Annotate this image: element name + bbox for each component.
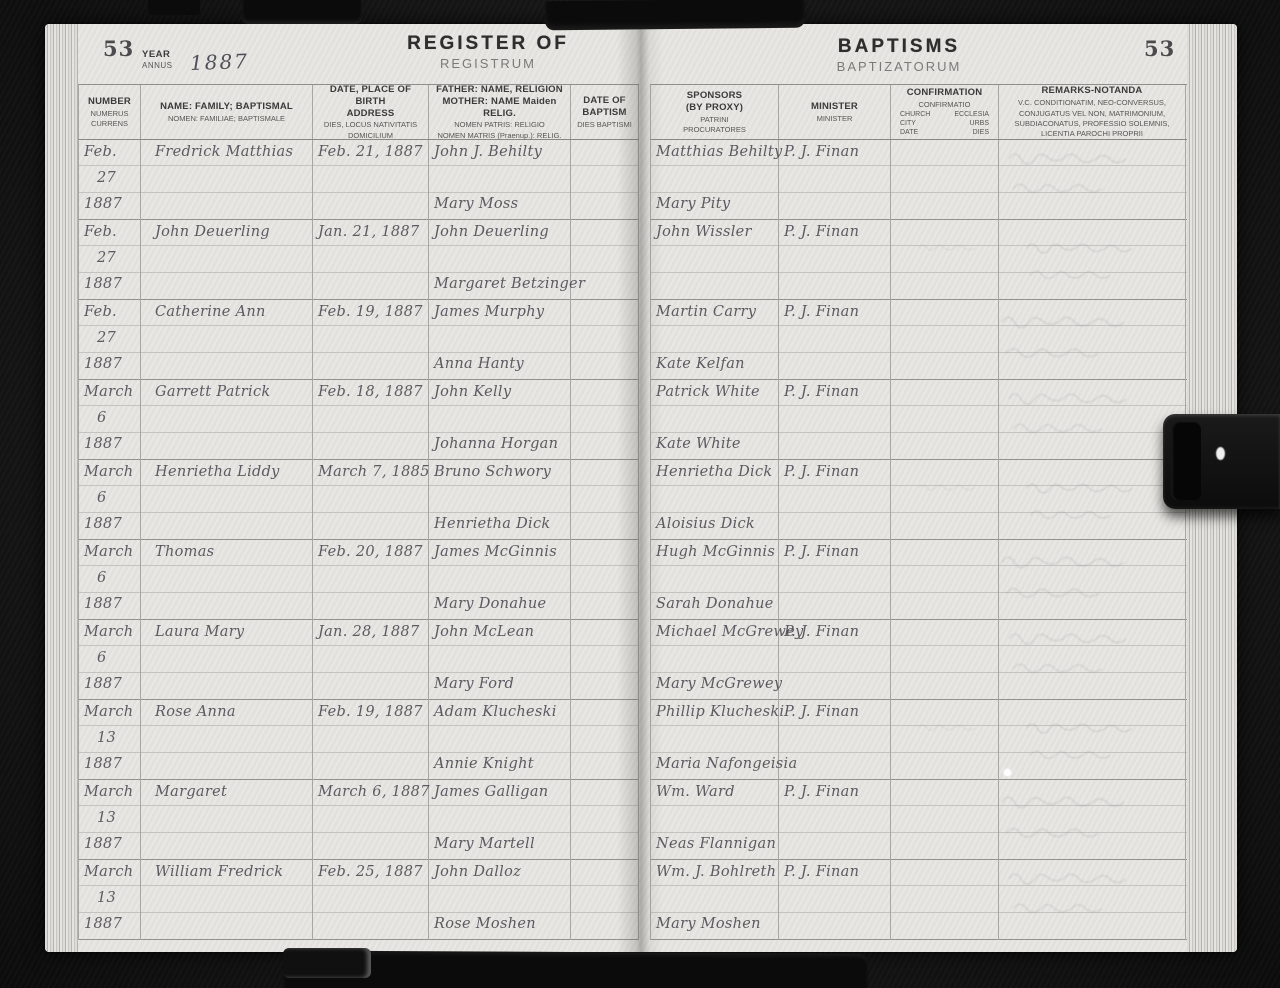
birth-date: Feb. 19, 1887 xyxy=(318,304,423,320)
baptism-date-blank-cell xyxy=(571,460,639,540)
column-header-confirmation: CONFIRMATION CONFIRMATIO CHURCHECCLESIA … xyxy=(891,85,999,139)
child-name-cell: Laura Mary xyxy=(141,620,313,700)
baptism-date-cell: Feb. 27 1887 xyxy=(79,220,141,300)
bleed-through-ghost-text xyxy=(916,235,994,261)
child-name-cell: Catherine Ann xyxy=(141,300,313,380)
sponsor-1: Wm. J. Bohlreth xyxy=(656,864,776,880)
paper-speck xyxy=(1004,769,1011,776)
sponsors-cell: Martin Carry Kate Kelfan xyxy=(651,300,779,380)
baptism-date-day: 6 xyxy=(97,410,107,426)
register-row-right: Wm. Ward Neas Flannigan P. J. Finan xyxy=(651,780,1187,860)
minister-name: P. J. Finan xyxy=(784,784,859,800)
remarks-cell xyxy=(999,220,1186,300)
remarks-cell xyxy=(999,540,1186,620)
minister-name: P. J. Finan xyxy=(784,864,859,880)
register-row-right: Martin Carry Kate Kelfan P. J. Finan xyxy=(651,300,1187,380)
minister-name: P. J. Finan xyxy=(784,224,859,240)
child-name-cell: Henrietha Liddy xyxy=(141,460,313,540)
baptism-date-blank-cell xyxy=(571,620,639,700)
mother-name: Annie Knight xyxy=(434,756,534,772)
sponsor-2: Sarah Donahue xyxy=(656,596,774,612)
bleed-through-ghost-text xyxy=(916,715,994,741)
minister-cell: P. J. Finan xyxy=(779,300,891,380)
baptism-date-blank-cell xyxy=(571,780,639,860)
child-name-cell: Thomas xyxy=(141,540,313,620)
parents-cell: John Deuerling Margaret Betzinger xyxy=(429,220,571,300)
bleed-through-ghost-text xyxy=(1005,865,1165,923)
father-name: James Galligan xyxy=(434,784,548,800)
child-name-cell: William Fredrick xyxy=(141,860,313,940)
register-row-right: Matthias Behilty Mary Pity P. J. Finan xyxy=(651,140,1187,220)
bleed-through-ghost-text xyxy=(1023,476,1167,528)
minister-name: P. J. Finan xyxy=(784,304,859,320)
register-rows-left: Feb. 27 1887 Fredrick Matthias Feb. 21, … xyxy=(78,140,639,940)
left-column-headers: NUMBER NUMERUS CURRENS NAME: FAMILY; BAP… xyxy=(78,84,639,140)
father-name: John J. Behilty xyxy=(434,144,542,160)
baptism-date-day: 13 xyxy=(97,890,116,906)
child-name: Rose Anna xyxy=(155,704,236,720)
minister-name: P. J. Finan xyxy=(784,704,859,720)
register-row-right: John Wissler P. J. Finan xyxy=(651,220,1187,300)
left-page-header: 53 YEAR ANNUS 1887 REGISTER OF REGISTRUM xyxy=(78,24,639,84)
bleed-through-ghost-text xyxy=(1005,625,1165,683)
register-row-right: Hugh McGinnis Sarah Donahue P. J. Finan xyxy=(651,540,1187,620)
register-row-left: March 6 1887 Thomas Feb. 20, 1887 James … xyxy=(79,540,639,620)
register-row-left: March 6 1887 Henrietha Liddy March 7, 18… xyxy=(79,460,639,540)
sponsor-1: Wm. Ward xyxy=(656,784,735,800)
sponsor-2: Mary Moshen xyxy=(656,916,761,932)
child-name: Catherine Ann xyxy=(155,304,266,320)
birth-date: Feb. 20, 1887 xyxy=(318,544,423,560)
register-row-right: Phillip Klucheski Maria Nafongeisia P. J… xyxy=(651,700,1187,780)
mother-name: Mary Martell xyxy=(434,836,535,852)
column-header-name: NAME: FAMILY; BAPTISMAL NOMEN: FAMILIAE;… xyxy=(141,85,313,139)
mother-name: Margaret Betzinger xyxy=(434,276,585,292)
page-stack-edge-left xyxy=(45,24,78,952)
register-row-left: March 6 1887 Garrett Patrick Feb. 18, 18… xyxy=(79,380,639,460)
baptism-date-blank-cell xyxy=(571,380,639,460)
baptism-date-day: 13 xyxy=(97,730,116,746)
remarks-cell xyxy=(999,700,1186,780)
minister-cell: P. J. Finan xyxy=(779,860,891,940)
sponsor-1: Hugh McGinnis xyxy=(656,544,775,560)
baptism-date-cell: March 13 1887 xyxy=(79,700,141,780)
parents-cell: John Kelly Johanna Horgan xyxy=(429,380,571,460)
mother-name: Rose Moshen xyxy=(434,916,536,932)
mother-name: Mary Moss xyxy=(434,196,518,212)
minister-cell: P. J. Finan xyxy=(779,460,891,540)
column-header-minister: MINISTER MINISTER xyxy=(779,85,891,139)
parents-cell: James McGinnis Mary Donahue xyxy=(429,540,571,620)
baptism-date-month: March xyxy=(84,464,133,480)
register-row-right: Patrick White Kate White P. J. Finan xyxy=(651,380,1187,460)
child-name: John Deuerling xyxy=(155,224,270,240)
sponsors-cell: Wm. J. Bohlreth Mary Moshen xyxy=(651,860,779,940)
sponsors-cell: Matthias Behilty Mary Pity xyxy=(651,140,779,220)
remarks-cell xyxy=(999,860,1186,940)
father-name: James McGinnis xyxy=(434,544,557,560)
minister-cell: P. J. Finan xyxy=(779,780,891,860)
minister-cell: P. J. Finan xyxy=(779,380,891,460)
baptism-date-day: 27 xyxy=(97,250,116,266)
bleed-through-ghost-text xyxy=(916,475,994,501)
birth-date: Feb. 25, 1887 xyxy=(318,864,423,880)
baptism-date-cell: Feb. 27 1887 xyxy=(79,140,141,220)
mother-name: Mary Donahue xyxy=(434,596,546,612)
birth-date-cell: Jan. 21, 1887 xyxy=(313,220,429,300)
register-row-left: March 6 1887 Laura Mary Jan. 28, 1887 Jo… xyxy=(79,620,639,700)
child-name: Laura Mary xyxy=(155,624,244,640)
child-name-cell: Margaret xyxy=(141,780,313,860)
bleed-through-ghost-text xyxy=(998,788,1164,848)
baptism-date-month: March xyxy=(84,864,133,880)
register-row-left: March 13 1887 Margaret March 6, 1887 Jam… xyxy=(79,780,639,860)
sponsors-cell: Patrick White Kate White xyxy=(651,380,779,460)
sponsor-2: Maria Nafongeisia xyxy=(656,756,797,772)
register-row-left: Feb. 27 1887 John Deuerling Jan. 21, 188… xyxy=(79,220,639,300)
father-name: John Kelly xyxy=(434,384,511,400)
register-row-left: Feb. 27 1887 Catherine Ann Feb. 19, 1887… xyxy=(79,300,639,380)
sponsor-2: Kate White xyxy=(656,436,741,452)
baptism-date-month: March xyxy=(84,784,133,800)
confirmation-cell xyxy=(891,460,999,540)
parents-cell: John J. Behilty Mary Moss xyxy=(429,140,571,220)
baptism-date-day: 27 xyxy=(97,330,116,346)
child-name-cell: Rose Anna xyxy=(141,700,313,780)
minister-name: P. J. Finan xyxy=(784,544,859,560)
minister-name: P. J. Finan xyxy=(784,384,859,400)
sponsor-1: Matthias Behilty xyxy=(656,144,783,160)
confirmation-cell xyxy=(891,300,999,380)
baptism-date-year: 1887 xyxy=(84,276,122,292)
baptism-date-blank-cell xyxy=(571,540,639,620)
sponsor-1: John Wissler xyxy=(656,224,752,240)
mother-name: Anna Hanty xyxy=(434,356,524,372)
bleed-through-ghost-text xyxy=(1005,145,1165,203)
baptism-date-year: 1887 xyxy=(84,676,122,692)
sponsor-1: Martin Carry xyxy=(656,304,756,320)
sponsor-2: Neas Flannigan xyxy=(656,836,776,852)
right-page-title: BAPTISMS BAPTIZATORUM xyxy=(699,36,1099,74)
baptism-date-day: 6 xyxy=(97,650,107,666)
minister-name: P. J. Finan xyxy=(784,464,859,480)
column-header-remarks: REMARKS-NOTANDA V.C. CONDITIONATIM, NEO-… xyxy=(999,85,1186,139)
baptism-date-month: March xyxy=(84,544,133,560)
baptism-date-cell: March 6 1887 xyxy=(79,380,141,460)
minister-cell: P. J. Finan xyxy=(779,140,891,220)
sponsor-1: Patrick White xyxy=(656,384,760,400)
baptism-date-blank-cell xyxy=(571,700,639,780)
register-row-left: March 13 1887 Rose Anna Feb. 19, 1887 Ad… xyxy=(79,700,639,780)
mother-name: Mary Ford xyxy=(434,676,514,692)
baptism-date-blank-cell xyxy=(571,860,639,940)
left-page: 53 YEAR ANNUS 1887 REGISTER OF REGISTRUM… xyxy=(78,24,639,952)
bleed-through-ghost-text xyxy=(1023,716,1167,768)
sponsor-1: Henrietha Dick xyxy=(656,464,773,480)
birth-date: Jan. 28, 1887 xyxy=(318,624,420,640)
father-name: John McLean xyxy=(434,624,534,640)
page-number-right: 53 xyxy=(1144,36,1175,61)
child-name: Henrietha Liddy xyxy=(155,464,280,480)
child-name: Garrett Patrick xyxy=(155,384,271,400)
confirmation-cell xyxy=(891,780,999,860)
bleed-through-ghost-text xyxy=(998,548,1164,608)
father-name: Bruno Schwory xyxy=(434,464,551,480)
confirmation-subheaders: CHURCHECCLESIA CITYURBS DATEDIES xyxy=(893,110,996,137)
baptism-date-year: 1887 xyxy=(84,436,122,452)
register-row-left: Feb. 27 1887 Fredrick Matthias Feb. 21, … xyxy=(79,140,639,220)
baptism-date-cell: Feb. 27 1887 xyxy=(79,300,141,380)
child-name-cell: John Deuerling xyxy=(141,220,313,300)
column-header-sponsors: SPONSORS (BY PROXY) PATRINI PROCURATORES xyxy=(651,85,779,139)
baptism-date-year: 1887 xyxy=(84,356,122,372)
confirmation-cell xyxy=(891,540,999,620)
baptism-date-blank-cell xyxy=(571,300,639,380)
birth-date: Jan. 21, 1887 xyxy=(318,224,420,240)
sponsors-cell: Hugh McGinnis Sarah Donahue xyxy=(651,540,779,620)
sponsor-2: Mary Pity xyxy=(656,196,730,212)
baptism-date-day: 27 xyxy=(97,170,116,186)
remarks-cell xyxy=(999,300,1186,380)
sponsor-1: Phillip Klucheski xyxy=(656,704,784,720)
birth-date-cell: Feb. 25, 1887 xyxy=(313,860,429,940)
baptism-date-year: 1887 xyxy=(84,516,122,532)
register-row-right: Michael McGrewey Mary McGrewey P. J. Fin… xyxy=(651,620,1187,700)
sponsor-1: Michael McGrewey xyxy=(656,624,803,640)
confirmation-cell xyxy=(891,860,999,940)
year-handwritten-value: 1887 xyxy=(190,49,250,75)
baptism-date-year: 1887 xyxy=(84,756,122,772)
register-book: 53 YEAR ANNUS 1887 REGISTER OF REGISTRUM… xyxy=(45,24,1237,952)
birth-date: Feb. 18, 1887 xyxy=(318,384,423,400)
birth-date-cell: Feb. 19, 1887 xyxy=(313,700,429,780)
remarks-cell xyxy=(999,460,1186,540)
birth-date: March 7, 1885 xyxy=(318,464,430,480)
baptism-date-cell: March 6 1887 xyxy=(79,460,141,540)
remarks-cell xyxy=(999,140,1186,220)
baptism-date-month: March xyxy=(84,384,133,400)
register-row-left: March 13 1887 William Fredrick Feb. 25, … xyxy=(79,860,639,940)
confirmation-cell xyxy=(891,700,999,780)
child-name-cell: Fredrick Matthias xyxy=(141,140,313,220)
baptism-date-day: 13 xyxy=(97,810,116,826)
birth-date-cell: March 7, 1885 xyxy=(313,460,429,540)
baptism-date-cell: March 6 1887 xyxy=(79,540,141,620)
sponsors-cell: Michael McGrewey Mary McGrewey xyxy=(651,620,779,700)
parents-cell: Adam Klucheski Annie Knight xyxy=(429,700,571,780)
birth-date-cell: Feb. 20, 1887 xyxy=(313,540,429,620)
baptism-date-month: March xyxy=(84,704,133,720)
right-page: BAPTISMS BAPTIZATORUM 53 SPONSORS (BY PR… xyxy=(639,24,1187,952)
minister-cell: P. J. Finan xyxy=(779,220,891,300)
baptism-date-year: 1887 xyxy=(84,916,122,932)
bleed-through-ghost-text xyxy=(1005,385,1165,443)
remarks-cell xyxy=(999,620,1186,700)
minister-name: P. J. Finan xyxy=(784,144,859,160)
father-name: James Murphy xyxy=(434,304,544,320)
baptism-date-cell: March 13 1887 xyxy=(79,860,141,940)
birth-date-cell: Feb. 19, 1887 xyxy=(313,300,429,380)
right-column-headers: SPONSORS (BY PROXY) PATRINI PROCURATORES… xyxy=(650,84,1187,140)
baptism-date-month: Feb. xyxy=(84,144,117,160)
confirmation-cell xyxy=(891,140,999,220)
bleed-through-ghost-text xyxy=(998,308,1164,368)
book-clip-top-left xyxy=(148,0,200,15)
confirmation-cell xyxy=(891,220,999,300)
photo-background: 53 YEAR ANNUS 1887 REGISTER OF REGISTRUM… xyxy=(0,0,1280,988)
baptism-date-day: 6 xyxy=(97,570,107,586)
child-name: Fredrick Matthias xyxy=(155,144,293,160)
birth-date: Feb. 19, 1887 xyxy=(318,704,423,720)
sponsors-cell: Phillip Klucheski Maria Nafongeisia xyxy=(651,700,779,780)
confirmation-cell xyxy=(891,380,999,460)
birth-date-cell: Feb. 21, 1887 xyxy=(313,140,429,220)
column-header-number: NUMBER NUMERUS CURRENS xyxy=(79,85,141,139)
column-header-birth: DATE, PLACE OF BIRTH ADDRESS DIES, LOCUS… xyxy=(313,85,429,139)
clasp-glint xyxy=(1216,447,1225,460)
parents-cell: John Dalloz Rose Moshen xyxy=(429,860,571,940)
baptism-date-blank-cell xyxy=(571,140,639,220)
birth-date: March 6, 1887 xyxy=(318,784,430,800)
minister-cell: P. J. Finan xyxy=(779,540,891,620)
book-clip-top-right xyxy=(545,0,805,30)
parents-cell: James Murphy Anna Hanty xyxy=(429,300,571,380)
father-name: John Deuerling xyxy=(434,224,549,240)
right-page-header: BAPTISMS BAPTIZATORUM 53 xyxy=(639,24,1187,84)
birth-date-cell: Feb. 18, 1887 xyxy=(313,380,429,460)
left-page-title: REGISTER OF REGISTRUM xyxy=(328,33,648,71)
baptism-date-cell: March 6 1887 xyxy=(79,620,141,700)
baptism-date-month: Feb. xyxy=(84,304,117,320)
sponsor-2: Aloisius Dick xyxy=(656,516,755,532)
child-name: Margaret xyxy=(155,784,227,800)
column-header-parents: FATHER: NAME, RELIGION MOTHER: NAME Maid… xyxy=(429,85,571,139)
baptism-date-year: 1887 xyxy=(84,596,122,612)
baptism-date-year: 1887 xyxy=(84,836,122,852)
register-rows-right: Matthias Behilty Mary Pity P. J. Finan J… xyxy=(650,140,1187,940)
parents-cell: John McLean Mary Ford xyxy=(429,620,571,700)
birth-date: Feb. 21, 1887 xyxy=(318,144,423,160)
parents-cell: James Galligan Mary Martell xyxy=(429,780,571,860)
parents-cell: Bruno Schwory Henrietha Dick xyxy=(429,460,571,540)
baptism-date-month: Feb. xyxy=(84,224,117,240)
book-clip-top-center xyxy=(242,0,362,24)
book-clip-bottom-tip xyxy=(283,948,371,978)
sponsors-cell: Wm. Ward Neas Flannigan xyxy=(651,780,779,860)
column-header-baptism-date: DATE OF BAPTISM DIES BAPTISMI xyxy=(571,85,639,139)
father-name: Adam Klucheski xyxy=(434,704,557,720)
sponsor-2: Kate Kelfan xyxy=(656,356,745,372)
register-row-right: Henrietha Dick Aloisius Dick P. J. Finan xyxy=(651,460,1187,540)
birth-date-cell: Jan. 28, 1887 xyxy=(313,620,429,700)
page-number-left: 53 xyxy=(103,36,134,61)
mother-name: Johanna Horgan xyxy=(434,436,558,452)
leather-strap-clasp xyxy=(1163,414,1280,509)
mother-name: Henrietha Dick xyxy=(434,516,551,532)
remarks-cell xyxy=(999,780,1186,860)
sponsors-cell: Henrietha Dick Aloisius Dick xyxy=(651,460,779,540)
bleed-through-ghost-text xyxy=(1023,236,1167,288)
confirmation-cell xyxy=(891,620,999,700)
sponsor-2: Mary McGrewey xyxy=(656,676,782,692)
baptism-date-cell: March 13 1887 xyxy=(79,780,141,860)
minister-cell: P. J. Finan xyxy=(779,620,891,700)
birth-date-cell: March 6, 1887 xyxy=(313,780,429,860)
father-name: John Dalloz xyxy=(434,864,521,880)
remarks-cell xyxy=(999,380,1186,460)
baptism-date-year: 1887 xyxy=(84,196,122,212)
child-name: William Fredrick xyxy=(155,864,283,880)
baptism-date-month: March xyxy=(84,624,133,640)
sponsors-cell: John Wissler xyxy=(651,220,779,300)
year-label: YEAR ANNUS xyxy=(142,50,173,70)
child-name: Thomas xyxy=(155,544,214,560)
baptism-date-day: 6 xyxy=(97,490,107,506)
child-name-cell: Garrett Patrick xyxy=(141,380,313,460)
minister-name: P. J. Finan xyxy=(784,624,859,640)
register-row-right: Wm. J. Bohlreth Mary Moshen P. J. Finan xyxy=(651,860,1187,940)
